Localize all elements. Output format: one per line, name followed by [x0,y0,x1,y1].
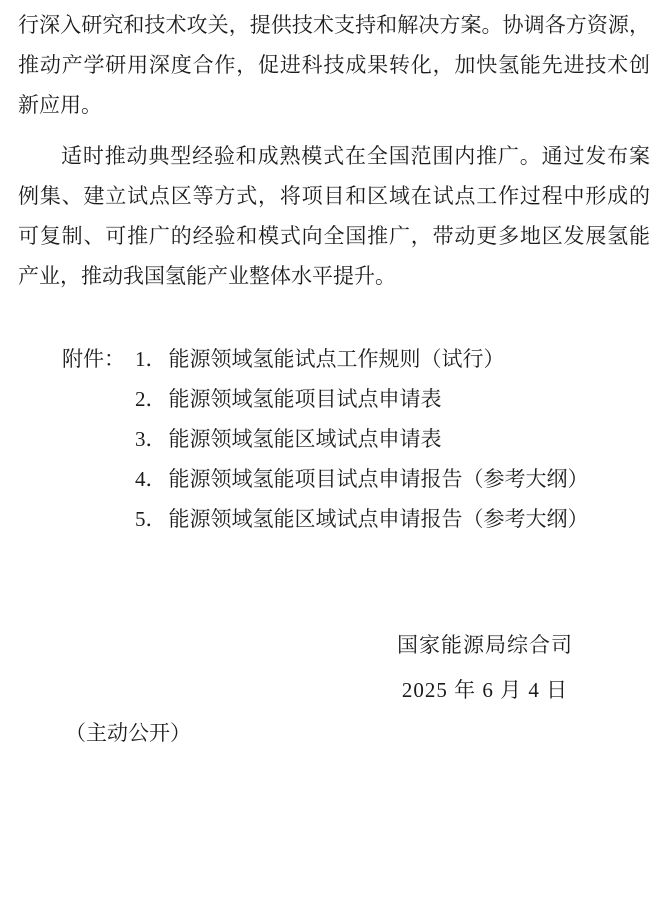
paragraph-line: 推动产学研用深度合作，促进科技成果转化，加快氢能先进技术创 [18,45,650,85]
paragraph-1: 行深入研究和技术攻关，提供技术支持和解决方案。协调各方资源， 推动产学研用深度合… [18,5,650,125]
attachment-text: 能源领域氢能区域试点申请表 [169,427,442,451]
attachments-block: 附件： 1．能源领域氢能试点工作规则（试行） 2．能源领域氢能项目试点申请表 3… [18,339,650,539]
attachment-text: 能源领域氢能试点工作规则（试行） [169,347,505,371]
paragraph-line: 新应用。 [18,85,650,125]
attachments-label: 附件： [18,339,125,379]
attachment-item: 1．能源领域氢能试点工作规则（试行） [135,339,589,379]
signature-date: 2025 年 6 月 4 日 [397,668,573,713]
disclosure-note: （主动公开） [18,713,650,753]
attachment-item: 2．能源领域氢能项目试点申请表 [135,379,589,419]
paragraph-line: 可复制、可推广的经验和模式向全国推广，带动更多地区发展氢能 [18,216,650,256]
signature-block: 国家能源局综合司 2025 年 6 月 4 日 [397,623,573,713]
paragraph-line: 例集、建立试点区等方式，将项目和区域在试点工作过程中形成的 [18,176,650,216]
attachment-item: 5．能源领域氢能区域试点申请报告（参考大纲） [135,499,589,539]
paragraph-line: 行深入研究和技术攻关，提供技术支持和解决方案。协调各方资源， [18,5,650,45]
attachment-text: 能源领域氢能项目试点申请表 [169,387,442,411]
attachment-number: 1． [135,347,167,371]
attachment-item: 3．能源领域氢能区域试点申请表 [135,419,589,459]
attachment-item: 4．能源领域氢能项目试点申请报告（参考大纲） [135,459,589,499]
signature-org: 国家能源局综合司 [397,623,573,668]
document-content: 行深入研究和技术攻关，提供技术支持和解决方案。协调各方资源， 推动产学研用深度合… [0,0,660,753]
paragraph-line: 产业，推动我国氢能产业整体水平提升。 [18,256,650,296]
attachment-number: 5． [135,507,167,531]
attachment-text: 能源领域氢能项目试点申请报告（参考大纲） [169,467,589,491]
attachment-number: 3． [135,427,167,451]
paragraph-line: 适时推动典型经验和成熟模式在全国范围内推广。通过发布案 [18,136,650,176]
paragraph-2: 适时推动典型经验和成熟模式在全国范围内推广。通过发布案 例集、建立试点区等方式，… [18,136,650,296]
attachment-number: 4． [135,467,167,491]
document-page: 行深入研究和技术攻关，提供技术支持和解决方案。协调各方资源， 推动产学研用深度合… [0,0,660,924]
attachment-number: 2． [135,387,167,411]
attachment-text: 能源领域氢能区域试点申请报告（参考大纲） [169,507,589,531]
attachments-list: 1．能源领域氢能试点工作规则（试行） 2．能源领域氢能项目试点申请表 3．能源领… [135,339,589,539]
